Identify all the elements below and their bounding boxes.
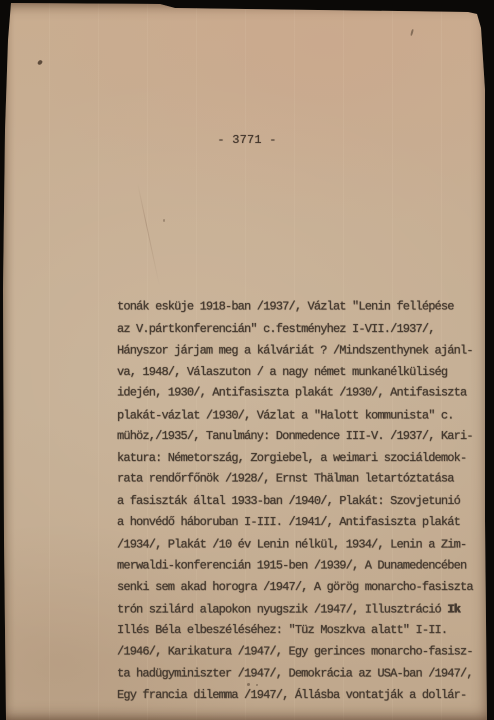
typewritten-text-block: tonák esküje 1918-ban /1937/, Vázlat "Le…	[117, 297, 479, 706]
text-line: /1934/, Plakát /10 év Lenin nélkül, 1934…	[117, 534, 479, 556]
text-line: plakát-vázlat /1930/, Vázlat a "Halott k…	[117, 405, 479, 427]
text-line: merwaldi-konferencián 1915-ben /1939/, A…	[117, 555, 479, 577]
paper-sheet: - 3771 - tonák esküje 1918-ban /1937/, V…	[0, 0, 494, 720]
text-line: /1946/, Karikatura /1947/, Egy gerinces …	[117, 641, 479, 663]
text-line: tonák esküje 1918-ban /1937/, Vázlat "Le…	[117, 297, 479, 319]
text-line: Hányszor járjam meg a kálváriát ? /Minds…	[117, 340, 479, 362]
text-line: a fasiszták által 1933-ban /1940/, Plaká…	[117, 491, 479, 513]
text-line: trón szilárd alapokon nyugszik /1947/, I…	[117, 599, 479, 621]
text-line: Illés Béla elbeszéléséhez: "Tüz Moszkva …	[117, 620, 479, 642]
text-line: rata rendőrfőnök /1928/, Ernst Thälman l…	[117, 469, 479, 491]
text-line: a honvédő háboruban I-III. /1941/, Antif…	[117, 512, 479, 534]
page-number: - 3771 -	[0, 133, 494, 147]
ink-speck	[37, 59, 43, 65]
scanned-page: - 3771 - tonák esküje 1918-ban /1937/, V…	[0, 0, 494, 720]
overstruck-characters: Ik	[447, 602, 460, 616]
text-line: ta hadügyminiszter /1947/, Demokrácia az…	[117, 664, 479, 686]
ink-speck	[163, 219, 165, 222]
text-line: idején, 1930/, Antifasiszta plakát /1930…	[117, 383, 479, 405]
text-line: katura: Németország, Zorgiebel, a weimar…	[117, 448, 479, 470]
text-line: Egy francia dilemma /1947/, Állásba vont…	[117, 685, 479, 707]
paper-crease	[137, 183, 160, 286]
text-line: az V.pártkonferencián" c.festményhez I-V…	[117, 319, 479, 341]
ink-speck	[410, 29, 414, 36]
text-line: senki sem akad horogra /1947/, A görög m…	[117, 577, 479, 599]
text-line: va, 1948/, Válaszuton / a nagy német mun…	[117, 362, 479, 384]
text-line: mühöz,/1935/, Tanulmány: Donmedence III-…	[117, 426, 479, 448]
